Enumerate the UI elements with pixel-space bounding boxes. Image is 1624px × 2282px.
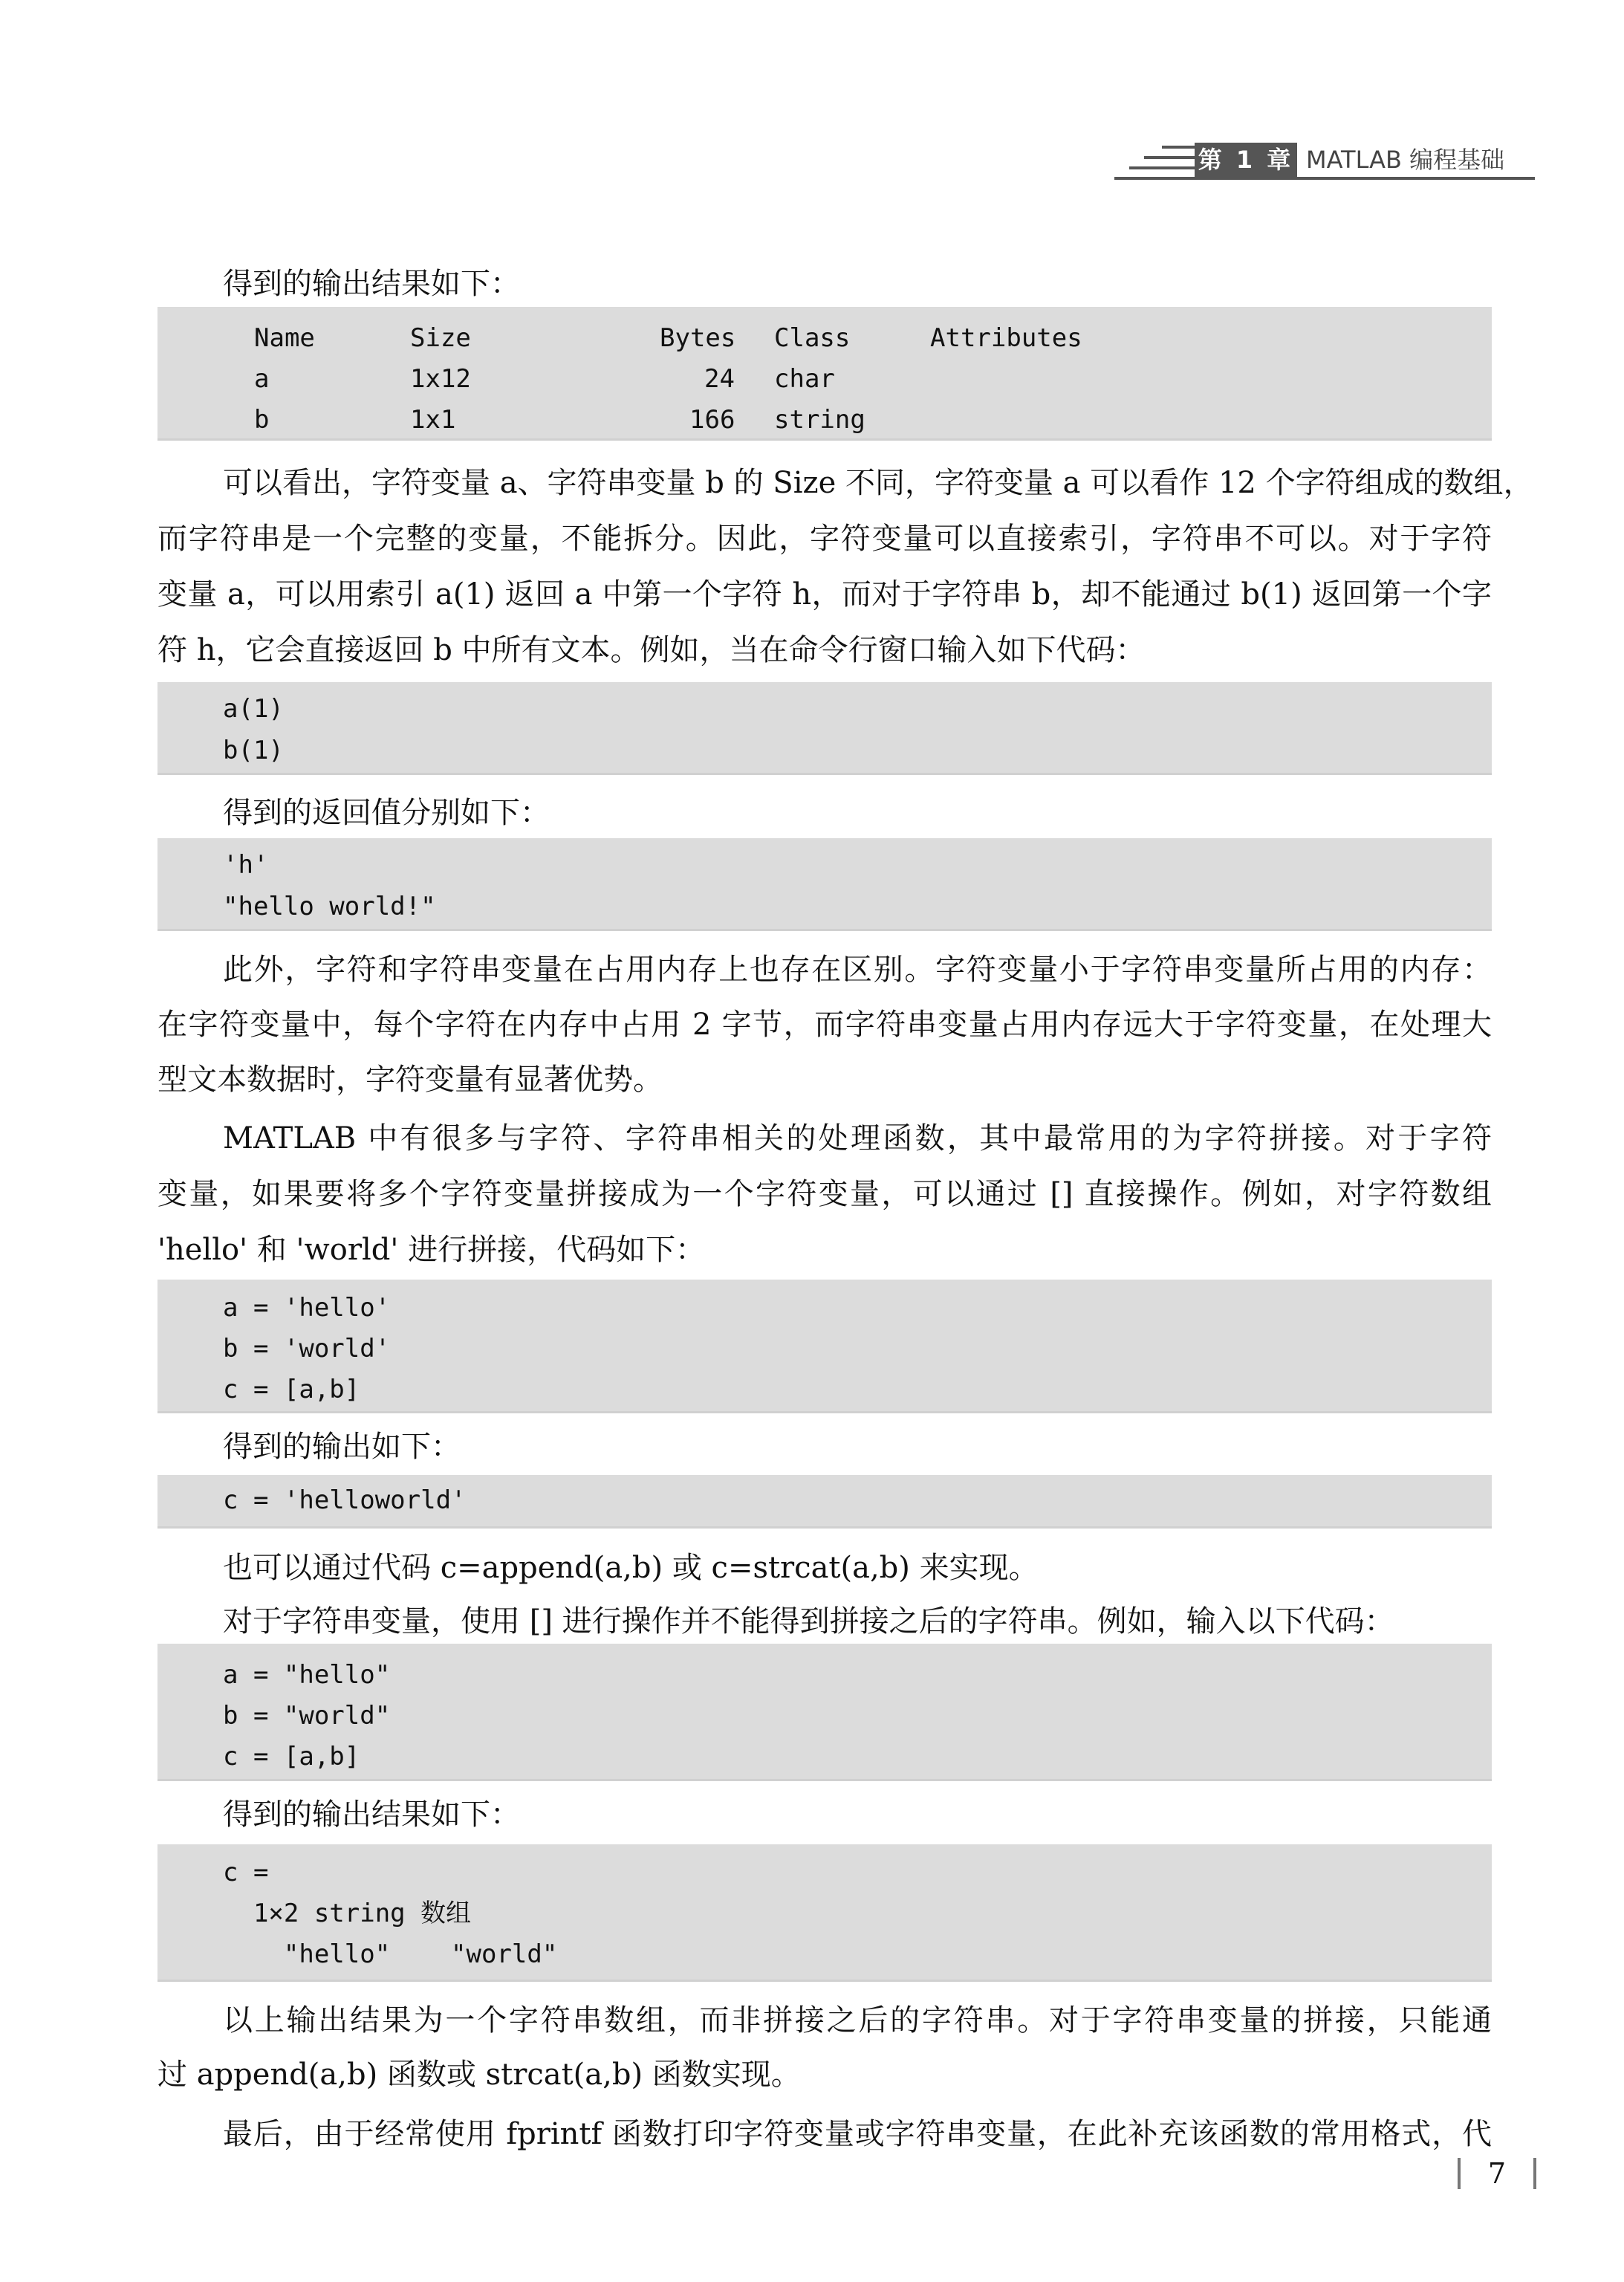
page-number: 7 [1456, 2155, 1538, 2192]
header-rule-top [1162, 146, 1199, 149]
paragraph-line: 'hello' 和 'world' 进行拼接，代码如下： [157, 1234, 1492, 1266]
code-line: b(1) [223, 736, 284, 765]
paragraph-line: 在字符变量中，每个字符在内存中占用 2 字节，而字符串变量占用内存远大于字符变量… [157, 1008, 1492, 1041]
code-line: "hello" "world" [223, 1939, 557, 1969]
row-b-size: 1x1 [410, 405, 455, 435]
chapter-label: 第 1 章 [1195, 143, 1297, 177]
chapter-header: 第 1 章 MATLAB 编程基础 [1114, 141, 1545, 186]
paragraph-line: 变量，如果要将多个字符变量拼接成为一个字符变量，可以通过 [] 直接操作。例如，… [157, 1178, 1492, 1210]
header-rule-bottom [1114, 177, 1535, 180]
row-a-class: char [774, 364, 835, 394]
row-a-name: a [254, 364, 269, 394]
intro-return-text: 得到的返回值分别如下： [157, 797, 1492, 829]
code-line: b = 'world' [223, 1334, 390, 1364]
intro-output-text: 得到的输出结果如下： [157, 1798, 1492, 1831]
paragraph-line: 对于字符串变量，使用 [] 进行操作并不能得到拼接之后的字符串。例如，输入以下代… [157, 1605, 1492, 1638]
paragraph-line: MATLAB 中有很多与字符、字符串相关的处理函数，其中最常用的为字符拼接。对于… [157, 1122, 1492, 1155]
paragraph-line: 而字符串是一个完整的变量，不能拆分。因此，字符变量可以直接索引，字符串不可以。对… [157, 522, 1492, 555]
paragraph-line: 过 append(a,b) 函数或 strcat(a,b) 函数实现。 [157, 2058, 1492, 2091]
paragraph-line: 以上输出结果为一个字符串数组，而非拼接之后的字符串。对于字符串变量的拼接，只能通 [157, 2004, 1492, 2037]
header-rule-middle [1144, 156, 1199, 159]
col-header-name: Name [254, 323, 315, 353]
code-line: a = "hello" [223, 1660, 390, 1690]
paragraph-line: 也可以通过代码 c=append(a,b) 或 c=strcat(a,b) 来实… [157, 1552, 1492, 1584]
row-b-name: b [254, 405, 269, 435]
code-line: a(1) [223, 694, 284, 724]
code-line: 1×2 string 数组 [223, 1899, 471, 1928]
col-header-class: Class [774, 323, 850, 353]
code-block-string-concat: a = "hello" b = "world" c = [a,b] [157, 1644, 1492, 1781]
code-line: c = 'helloworld' [223, 1485, 467, 1515]
code-line: a = 'hello' [223, 1293, 390, 1323]
code-line: b = "world" [223, 1701, 390, 1731]
paragraph-line: 可以看出，字符变量 a、字符串变量 b 的 Size 不同，字符变量 a 可以看… [157, 467, 1492, 499]
col-header-attributes: Attributes [930, 323, 1082, 353]
intro-output-text: 得到的输出结果如下： [157, 268, 1492, 300]
header-rule-lower [1129, 166, 1199, 169]
code-block-string-result: c = 1×2 string 数组 "hello" "world" [157, 1844, 1492, 1982]
paragraph-line: 符 h，它会直接返回 b 中所有文本。例如，当在命令行窗口输入如下代码： [157, 634, 1492, 667]
code-line: "hello world!" [223, 892, 436, 921]
page-number-bar-right [1533, 2158, 1536, 2189]
col-header-bytes: Bytes [660, 323, 735, 353]
intro-output-text: 得到的输出如下： [157, 1430, 1492, 1463]
code-block-return: 'h' "hello world!" [157, 838, 1492, 931]
col-header-size: Size [410, 323, 471, 353]
page-number-text: 7 [1456, 2155, 1538, 2192]
chapter-title: MATLAB 编程基础 [1306, 143, 1504, 177]
code-block-whos: Name Size Bytes Class Attributes a 1x12 … [157, 307, 1492, 441]
paragraph-line: 型文本数据时，字符变量有显著优势。 [157, 1063, 1492, 1096]
code-block-char-concat: a = 'hello' b = 'world' c = [a,b] [157, 1280, 1492, 1413]
paragraph-line: 此外，字符和字符串变量在占用内存上也存在区别。字符变量小于字符串变量所占用的内存… [157, 953, 1492, 986]
code-block-char-result: c = 'helloworld' [157, 1475, 1492, 1529]
row-a-size: 1x12 [410, 364, 471, 394]
paragraph-line: 最后，由于经常使用 fprintf 函数打印字符变量或字符串变量，在此补充该函数… [157, 2118, 1492, 2150]
row-b-bytes: 166 [689, 405, 735, 435]
code-line: c = [223, 1858, 268, 1887]
code-block-index: a(1) b(1) [157, 682, 1492, 775]
code-line: c = [a,b] [223, 1742, 360, 1772]
row-b-class: string [774, 405, 865, 435]
code-line: c = [a,b] [223, 1375, 360, 1404]
paragraph-line: 变量 a，可以用索引 a(1) 返回 a 中第一个字符 h，而对于字符串 b，却… [157, 578, 1492, 611]
code-line: 'h' [223, 850, 268, 880]
row-a-bytes: 24 [704, 364, 735, 394]
